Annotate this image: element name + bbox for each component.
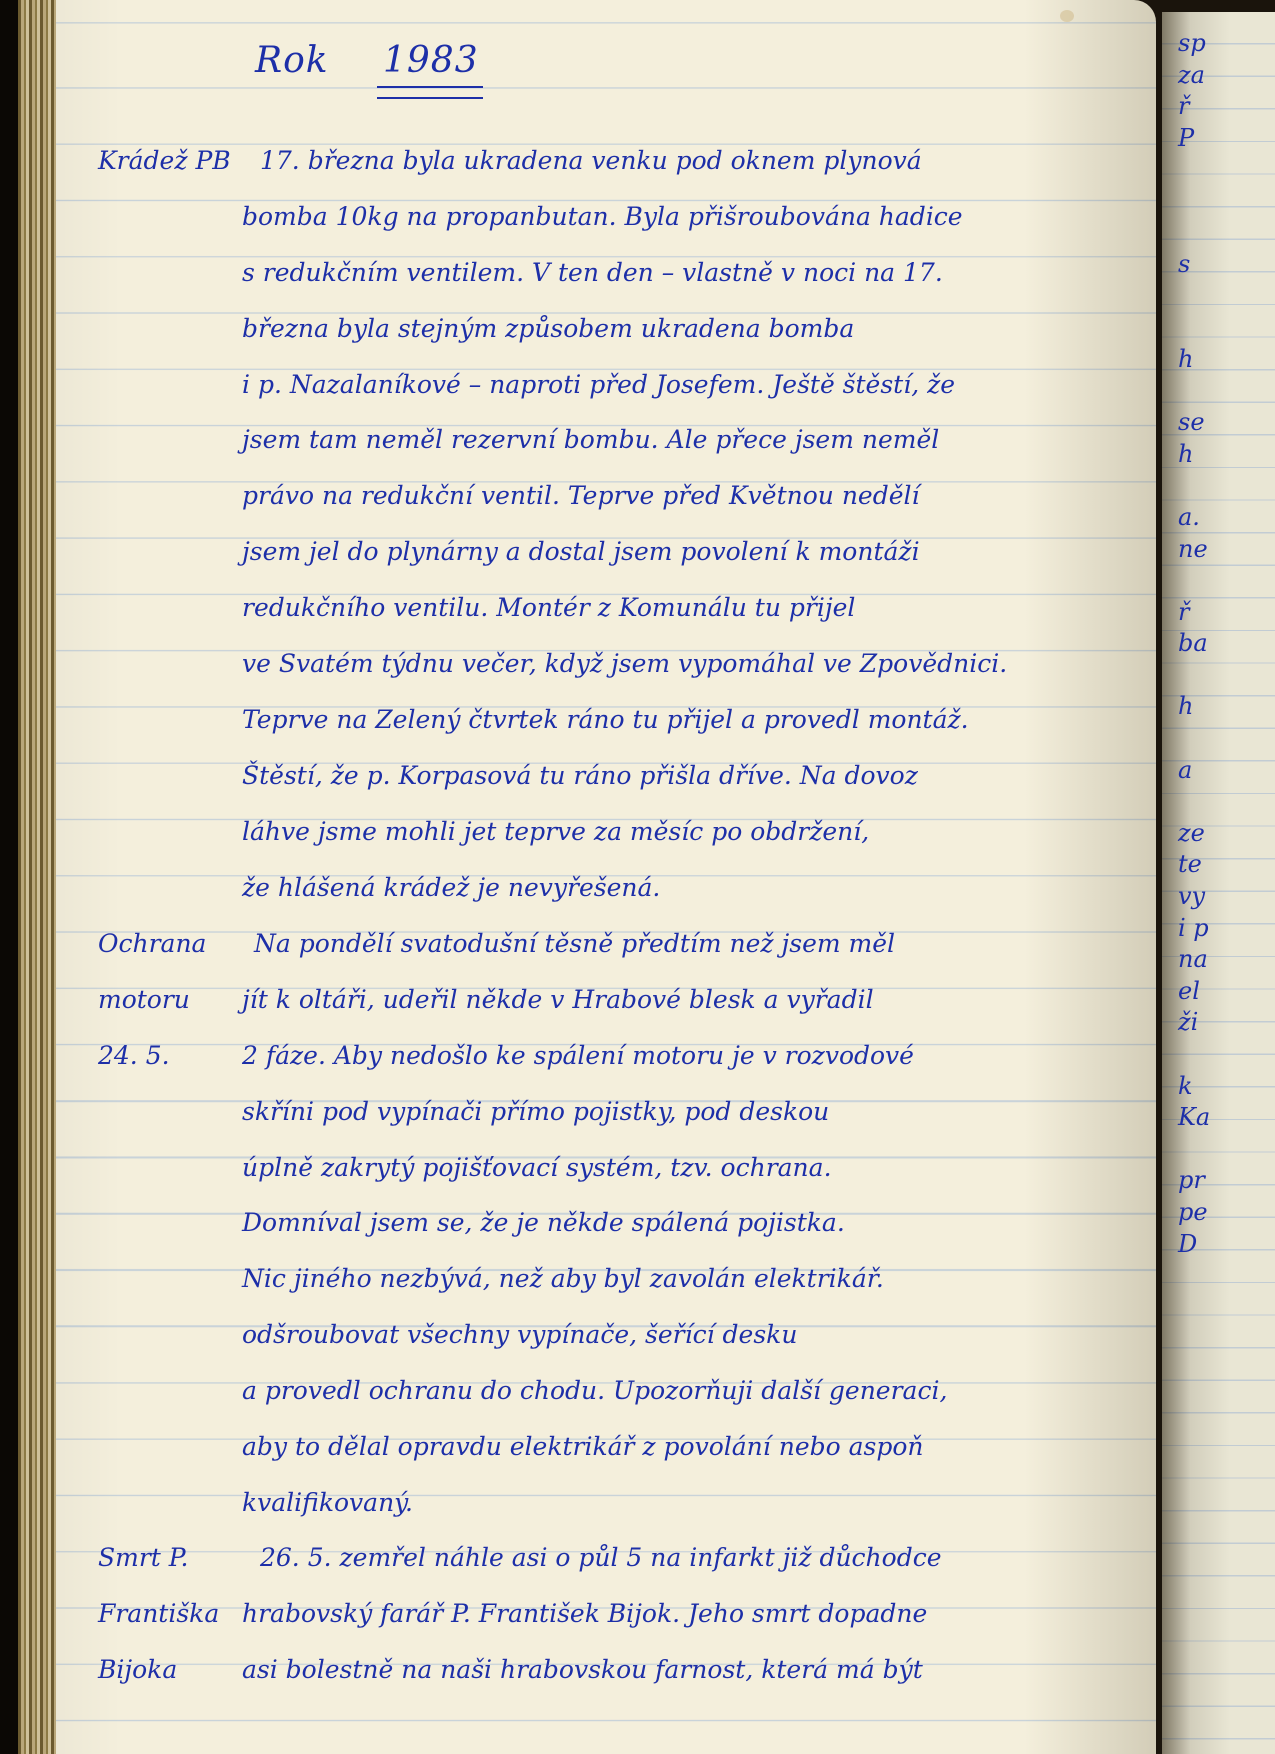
- text-line: jsem jel do plynárny a dostal jsem povol…: [242, 524, 1142, 580]
- fragment: ži: [1170, 1007, 1275, 1039]
- text-line: i p. Nazalaníkové – naproti před Josefem…: [242, 357, 1142, 413]
- fragment: h: [1170, 691, 1275, 723]
- fragment: [1170, 281, 1275, 313]
- fragment: [1170, 660, 1275, 692]
- text-line: Domníval jsem se, že je někde spálená po…: [242, 1195, 1142, 1251]
- margin-line: 24. 5.: [98, 1028, 238, 1084]
- fragment: h: [1170, 439, 1275, 471]
- fragment: ř: [1170, 597, 1275, 629]
- margin-line: Bijoka: [98, 1642, 238, 1698]
- fragment: D: [1170, 1229, 1275, 1261]
- fragment: [1170, 186, 1275, 218]
- fragment: ze: [1170, 818, 1275, 850]
- fragment: s: [1170, 249, 1275, 281]
- text-line: a provedl ochranu do chodu. Upozorňuji d…: [242, 1363, 1142, 1419]
- text-line: jít k oltáři, udeřil někde v Hrabové ble…: [242, 972, 1142, 1028]
- text-line: redukčního ventilu. Montér z Komunálu tu…: [242, 580, 1142, 636]
- text-line: 17. března byla ukradena venku pod oknem…: [242, 133, 1142, 189]
- fragment: na: [1170, 944, 1275, 976]
- text-line: 2 fáze. Aby nedošlo ke spálení motoru je…: [242, 1028, 1142, 1084]
- fragment: [1170, 786, 1275, 818]
- fragment: i p: [1170, 913, 1275, 945]
- margin-note-theft: Krádež PB: [98, 133, 238, 189]
- fragment: ř: [1170, 91, 1275, 123]
- margin-note-motor-protection: Ochrana motoru 24. 5.: [98, 916, 238, 1084]
- fragment: za: [1170, 60, 1275, 92]
- margin-line: Ochrana: [98, 916, 238, 972]
- fragment: te: [1170, 849, 1275, 881]
- text-line: s redukčním ventilem. V ten den – vlastn…: [242, 245, 1142, 301]
- fragment: a: [1170, 755, 1275, 787]
- fragment: h: [1170, 344, 1275, 376]
- text-line: asi bolestně na naši hrabovskou farnost,…: [242, 1642, 1142, 1698]
- fragment: se: [1170, 407, 1275, 439]
- page-stack-edges: [18, 0, 60, 1754]
- fragment: el: [1170, 976, 1275, 1008]
- fragment: [1170, 565, 1275, 597]
- text-line: kvalifikovaný.: [242, 1475, 1142, 1531]
- fragment: pr: [1170, 1165, 1275, 1197]
- text-line: jsem tam neměl rezervní bombu. Ale přece…: [242, 412, 1142, 468]
- text-line: Nic jiného nezbývá, než aby byl zavolán …: [242, 1251, 1142, 1307]
- margin-line: Smrt P.: [98, 1530, 238, 1586]
- fragment: Ka: [1170, 1102, 1275, 1134]
- text-line: Štěstí, že p. Korpasová tu ráno přišla d…: [242, 748, 1142, 804]
- text-line: hrabovský farář P. František Bijok. Jeho…: [242, 1586, 1142, 1642]
- text-line: 26. 5. zemřel náhle asi o půl 5 na infar…: [242, 1530, 1142, 1586]
- fragment: [1170, 218, 1275, 250]
- entry-theft: 17. března byla ukradena venku pod oknem…: [242, 133, 1142, 915]
- text-line: že hlášená krádež je nevyřešená.: [242, 860, 1142, 916]
- text-line: bomba 10kg na propanbutan. Byla přišroub…: [242, 189, 1142, 245]
- text-line: Na pondělí svatodušní těsně předtím než …: [242, 916, 1142, 972]
- text-line: Teprve na Zelený čtvrtek ráno tu přijel …: [242, 692, 1142, 748]
- fragment: [1170, 1039, 1275, 1071]
- fragment: vy: [1170, 881, 1275, 913]
- fragment: pe: [1170, 1197, 1275, 1229]
- text-line: právo na redukční ventil. Teprve před Kv…: [242, 468, 1142, 524]
- text-line: ve Svatém týdnu večer, když jsem vypomáh…: [242, 636, 1142, 692]
- fragment: [1170, 723, 1275, 755]
- margin-line: Krádež PB: [98, 133, 238, 189]
- fragment: [1170, 154, 1275, 186]
- fragment: [1170, 470, 1275, 502]
- text-line: láhve jsme mohli jet teprve za měsíc po …: [242, 804, 1142, 860]
- text-line: března byla stejným způsobem ukradena bo…: [242, 301, 1142, 357]
- margin-line: motoru: [98, 972, 238, 1028]
- paper-stain: [1060, 10, 1074, 22]
- fragment: a.: [1170, 502, 1275, 534]
- fragment: ba: [1170, 628, 1275, 660]
- text-line: úplně zakrytý pojišťovací systém, tzv. o…: [242, 1140, 1142, 1196]
- fragment: ne: [1170, 534, 1275, 566]
- margin-note-death: Smrt P. Františka Bijoka: [98, 1530, 238, 1698]
- text-line: odšroubovat všechny vypínače, šeřící des…: [242, 1307, 1142, 1363]
- heading-year: 1983: [383, 40, 479, 81]
- margin-line: Františka: [98, 1586, 238, 1642]
- heading-label: Rok: [255, 40, 329, 81]
- fragment: [1170, 312, 1275, 344]
- fragment: P: [1170, 123, 1275, 155]
- fragment: k: [1170, 1071, 1275, 1103]
- facing-page-text: sp za ř P s h se h a. ne ř ba h a ze te …: [1170, 28, 1275, 1260]
- text-line: aby to dělal opravdu elektrikář z povolá…: [242, 1419, 1142, 1475]
- fragment: [1170, 376, 1275, 408]
- entry-death: 26. 5. zemřel náhle asi o půl 5 na infar…: [242, 1530, 1142, 1698]
- fragment: [1170, 1134, 1275, 1166]
- entry-motor-protection: Na pondělí svatodušní těsně předtím než …: [242, 916, 1142, 1531]
- text-line: skříni pod vypínači přímo pojistky, pod …: [242, 1084, 1142, 1140]
- page-heading: Rok 1983: [255, 40, 329, 81]
- fragment: sp: [1170, 28, 1275, 60]
